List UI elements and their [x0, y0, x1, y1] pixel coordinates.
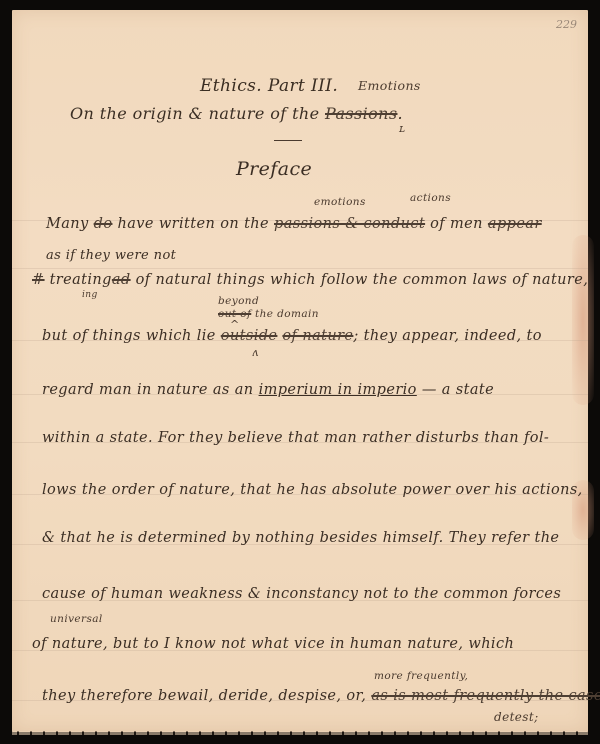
manuscript-page: 229 Ethics. Part III. Emotions On the or…	[12, 10, 588, 732]
manuscript-line: & that he is determined by nothing besid…	[42, 530, 559, 546]
struck-phrase: as is most frequently the case,	[371, 688, 600, 704]
manuscript-title: Ethics. Part III.	[200, 76, 338, 96]
manuscript-line: lows the order of nature, that he has ab…	[42, 482, 583, 498]
underlined-phrase: imperium in imperio	[259, 382, 417, 398]
struck-word: ad	[112, 272, 131, 288]
manuscript-line: regard man in nature as an imperium in i…	[42, 382, 494, 398]
manuscript-line: # treatingad of natural things which fol…	[32, 272, 588, 288]
struck-word: do	[94, 216, 113, 232]
manuscript-line: Many do have written on the passions & c…	[46, 216, 542, 232]
insertion-caret: ʌ	[252, 346, 259, 359]
manuscript-line: they therefore bewail, deride, despise, …	[42, 688, 600, 704]
insertion: ing	[82, 290, 98, 300]
insertion-detest: detest;	[494, 710, 539, 724]
insertion: actions	[410, 192, 451, 204]
insertion-emotions: Emotions	[358, 78, 421, 93]
insertion-caret: ʟ	[399, 122, 405, 135]
subtitle-text: On the origin & nature of the	[70, 104, 320, 123]
manuscript-line: but of things which lie outside of natur…	[42, 328, 542, 344]
insertion-beyond: beyond	[218, 295, 259, 307]
struck-word: of nature	[282, 328, 353, 344]
manuscript-scan: 229 Ethics. Part III. Emotions On the or…	[0, 0, 600, 744]
struck-word: outside	[221, 328, 278, 344]
struck-mark: #	[32, 272, 45, 288]
insertion: more frequently,	[374, 670, 468, 682]
ruled-line	[12, 268, 588, 269]
struck-word: passions & conduct	[274, 216, 425, 232]
struck-word: appear	[488, 216, 542, 232]
paper-stain	[572, 235, 594, 405]
insertion: emotions	[314, 196, 366, 208]
manuscript-subtitle: On the origin & nature of the Passions.	[70, 104, 403, 123]
manuscript-line: cause of human weakness & inconstancy no…	[42, 586, 561, 602]
manuscript-line: within a state. For they believe that ma…	[42, 430, 549, 446]
page-number: 229	[556, 18, 577, 31]
manuscript-line: of nature, but to I know not what vice i…	[32, 636, 514, 652]
subtitle-period: .	[397, 104, 403, 123]
manuscript-line: as if they were not	[46, 248, 176, 263]
title-divider	[274, 140, 302, 141]
section-heading: Preface	[236, 158, 312, 180]
struck-word: Passions	[325, 104, 397, 123]
insertion-universal: universal	[50, 613, 103, 625]
